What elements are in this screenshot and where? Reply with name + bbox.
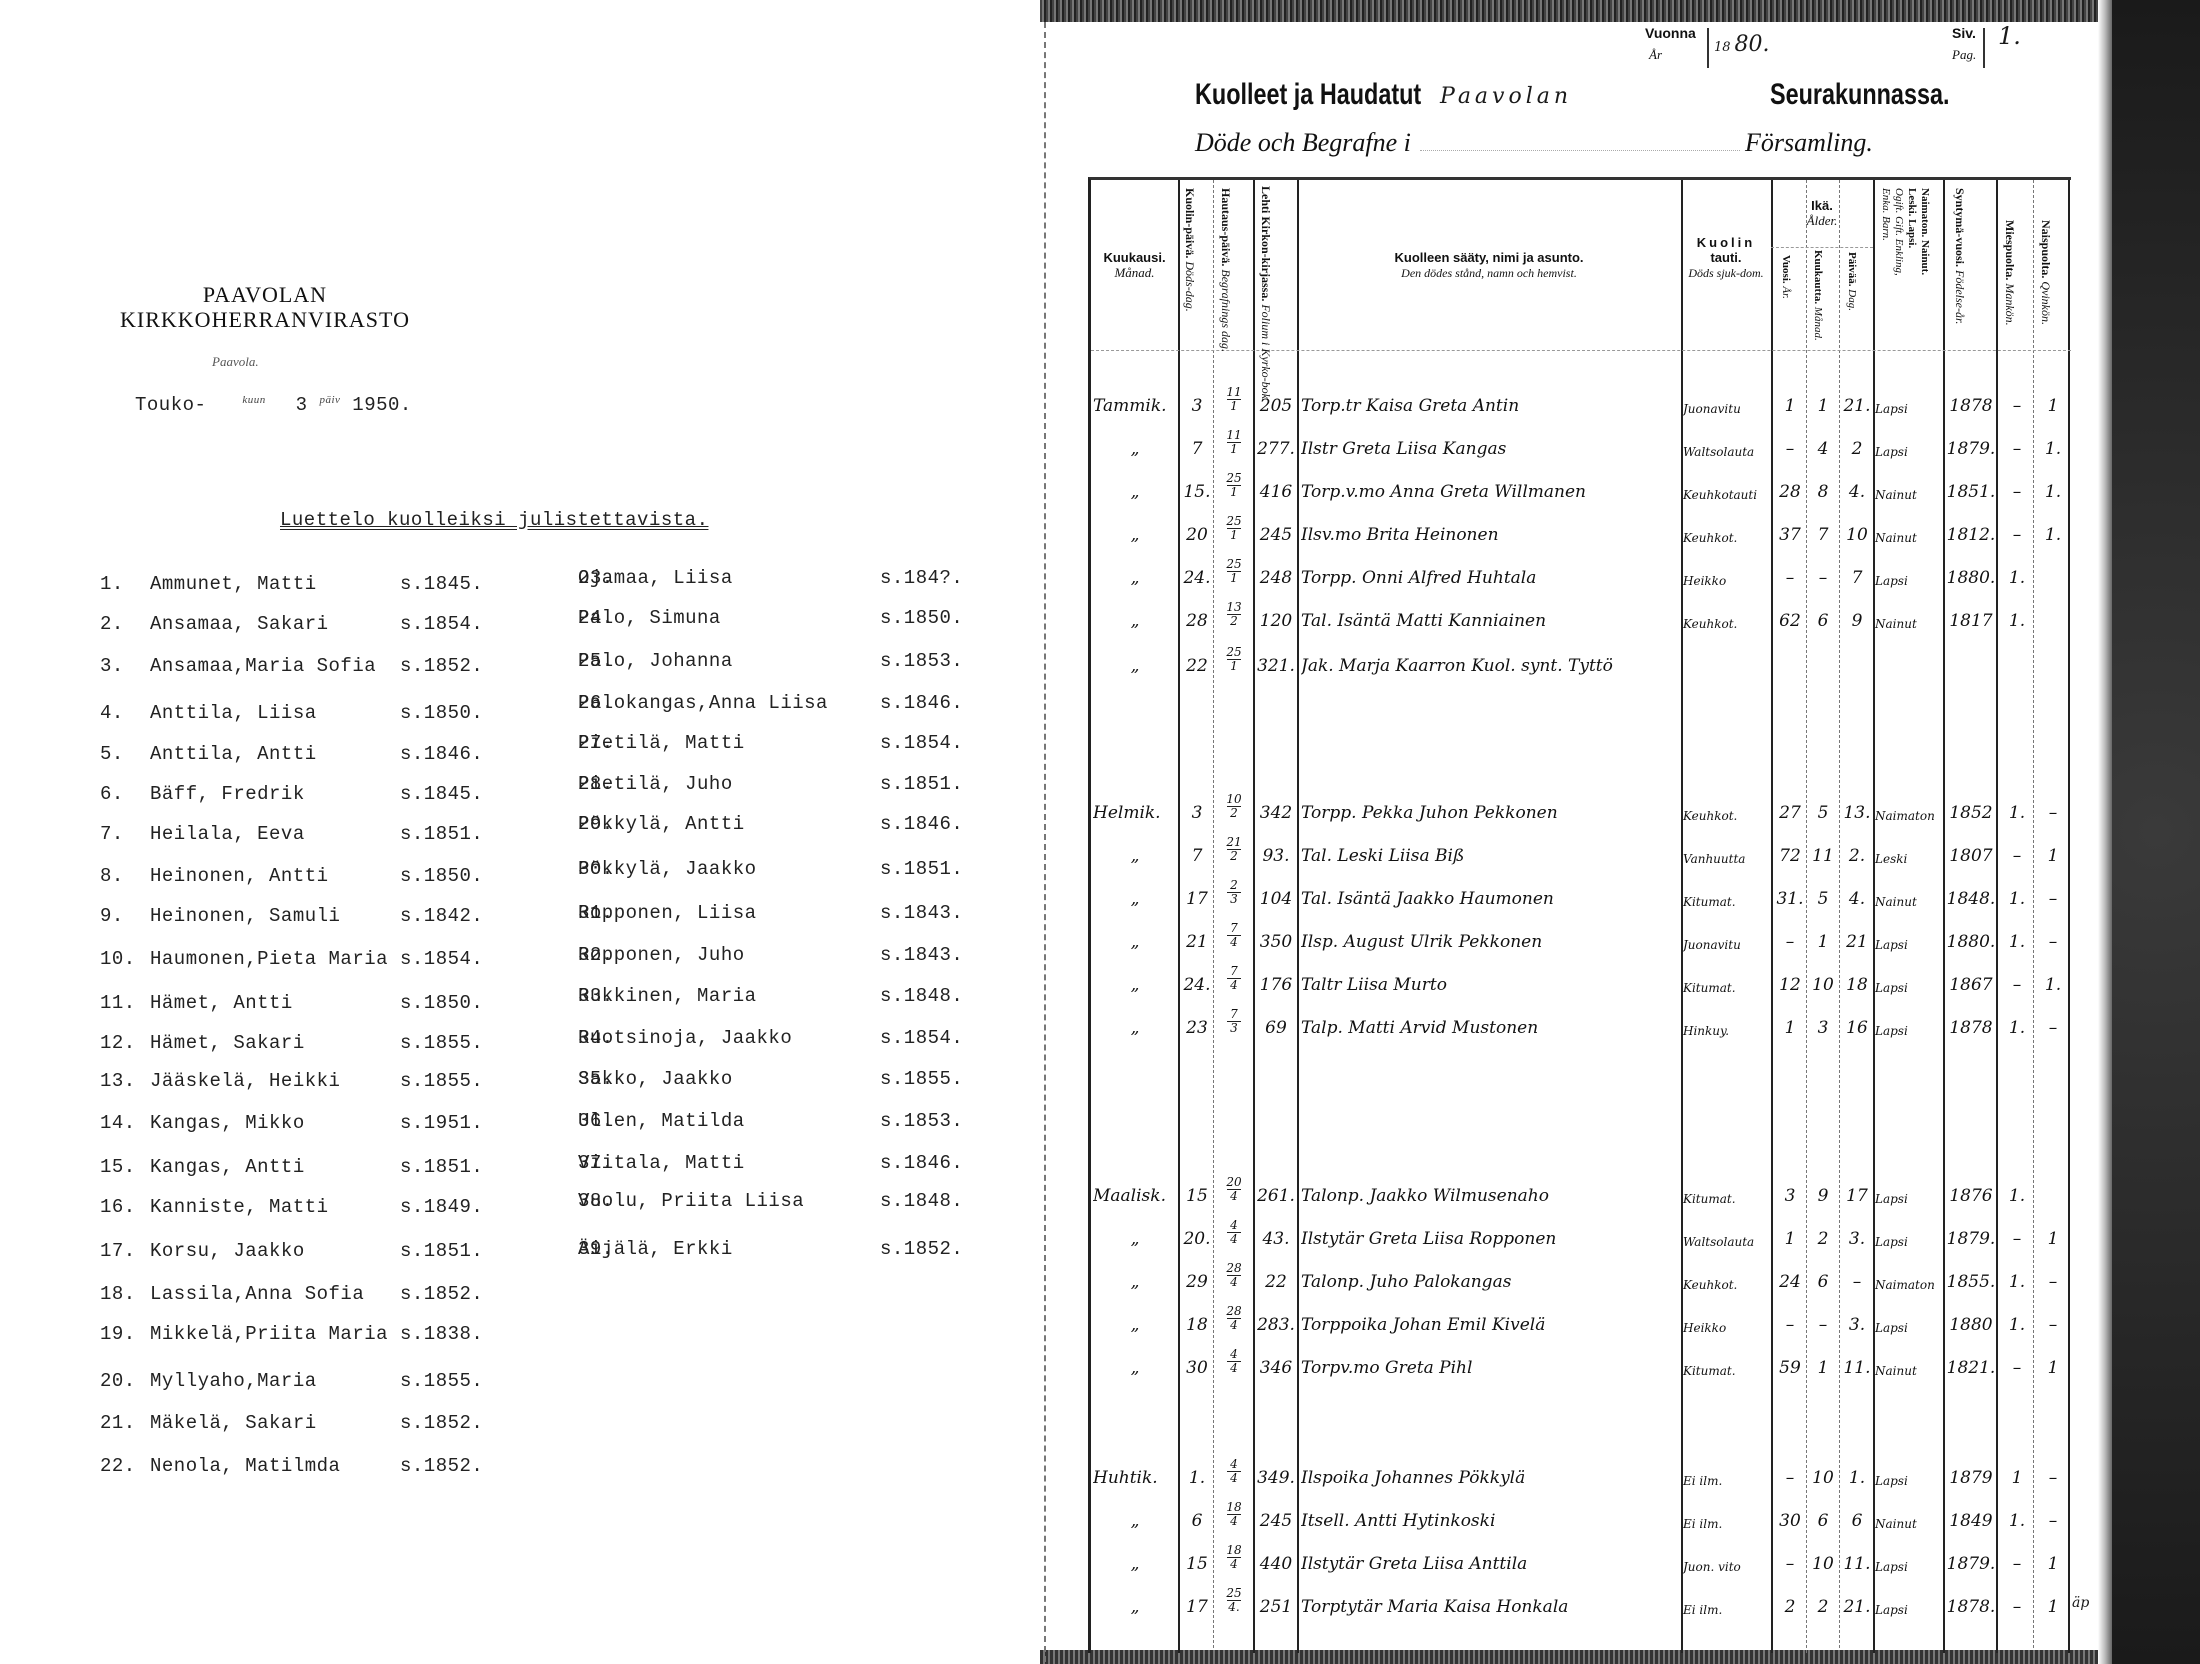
cell-status: Nainut xyxy=(1875,531,1943,545)
page-label: Siv. xyxy=(1952,22,1976,44)
cell-name: Torpp. Onni Alfred Huhtala xyxy=(1301,568,1679,588)
cell-status: Nainut xyxy=(1875,488,1943,502)
table-row: „28120Tal. Isäntä Matti KanniainenKeuhko… xyxy=(1091,605,2071,649)
burial-day: 25 xyxy=(1217,646,1251,659)
cell-month: „ xyxy=(1093,568,1177,588)
cell-status: Naimaton xyxy=(1875,1278,1943,1292)
entry-birth-year: s.1838. xyxy=(400,1323,483,1345)
cell-burial-date: 102 xyxy=(1217,793,1251,820)
cell-female: – xyxy=(2039,803,2067,823)
cell-female: – xyxy=(2039,1272,2067,1292)
entry-name: Sakko, Jaakko xyxy=(578,1068,733,1090)
cell-status: Leski xyxy=(1875,852,1943,866)
burial-month: 3 xyxy=(1217,1022,1251,1035)
cell-status: Lapsi xyxy=(1875,1603,1943,1617)
header-female: Naispuolta. Qvinkön. xyxy=(2039,220,2053,348)
cell-month: „ xyxy=(1093,439,1177,459)
cell-name: Ilsp. August Ulrik Pekkonen xyxy=(1301,932,1679,952)
list-entry: 37.Viitala, Mattis.1846. xyxy=(578,1152,745,1174)
entry-birth-year: s.1855. xyxy=(400,1032,483,1054)
title-left: Kuolleet ja Haudatut xyxy=(1195,78,1421,112)
entry-birth-year: s.1854. xyxy=(400,948,483,970)
burial-day: 18 xyxy=(1217,1544,1251,1557)
cell-male: – xyxy=(2003,1358,2031,1378)
cell-month: „ xyxy=(1093,1358,1177,1378)
cell-disease: Ei ilm. xyxy=(1683,1474,1769,1488)
cell-mo: – xyxy=(1808,568,1838,588)
entry-name: Myllyaho,Maria xyxy=(150,1370,317,1392)
cell-birth: 1879. xyxy=(1946,1554,1996,1574)
office-line-1: PAAVOLAN xyxy=(100,282,430,307)
burial-day: 11 xyxy=(1217,386,1251,399)
cell-disease: Ei ilm. xyxy=(1683,1517,1769,1531)
cell-folio: 321. xyxy=(1255,656,1297,676)
entry-number: 6. xyxy=(100,783,150,805)
cell-burial-date: 132 xyxy=(1217,601,1251,628)
cell-dy: 3. xyxy=(1841,1315,1873,1335)
entry-birth-year: s.184?. xyxy=(880,567,963,589)
cell-female: 1 xyxy=(2039,1229,2067,1249)
entry-birth-year: s.1853. xyxy=(880,1110,963,1132)
entry-name: Ojamaa, Liisa xyxy=(578,567,733,589)
list-entry: 28.Pietilä, Juhos.1851. xyxy=(578,773,733,795)
cell-name: Taltr Liisa Murto xyxy=(1301,975,1679,995)
cell-yr: 37 xyxy=(1775,525,1805,545)
entry-name: Ullen, Matilda xyxy=(578,1110,745,1132)
entry-birth-year: s.1845. xyxy=(400,783,483,805)
cell-mo: 3 xyxy=(1808,1018,1838,1038)
entry-birth-year: s.1853. xyxy=(880,650,963,672)
cell-status: Lapsi xyxy=(1875,574,1943,588)
cell-male: 1. xyxy=(2003,1511,2031,1531)
cell-burial-date: 111 xyxy=(1217,429,1251,456)
cell-male: 1 xyxy=(2003,1468,2031,1488)
list-entry: 4.Anttila, Liisas.1850. xyxy=(100,702,317,724)
cell-dy: 7 xyxy=(1841,568,1873,588)
cell-disease: Ei ilm. xyxy=(1683,1603,1769,1617)
list-entry: 36.Ullen, Matildas.1853. xyxy=(578,1110,745,1132)
cell-dy: 3. xyxy=(1841,1229,1873,1249)
entry-name: Ansamaa,Maria Sofia xyxy=(150,655,376,677)
cell-burial-date: 111 xyxy=(1217,386,1251,413)
burial-month: 1 xyxy=(1217,572,1251,585)
entry-name: Äijälä, Erkki xyxy=(578,1238,733,1260)
burial-month: 4 xyxy=(1217,1362,1251,1375)
entry-name: Ruotsinoja, Jaakko xyxy=(578,1027,792,1049)
entry-birth-year: s.1850. xyxy=(400,865,483,887)
list-entry: 27.Pietilä, Mattis.1854. xyxy=(578,732,745,754)
cell-status: Lapsi xyxy=(1875,938,1943,952)
cell-birth: 1878. xyxy=(1946,1597,1996,1617)
parish-name: Paavolan xyxy=(1440,84,1572,109)
date-day: 3 xyxy=(296,394,308,416)
cell-month: „ xyxy=(1093,1018,1177,1038)
entry-name: Palokangas,Anna Liisa xyxy=(578,692,828,714)
cell-burial-date: 212 xyxy=(1217,836,1251,863)
cell-status: Lapsi xyxy=(1875,981,1943,995)
entry-birth-year: s.1842. xyxy=(400,905,483,927)
cell-name: Talp. Matti Arvid Mustonen xyxy=(1301,1018,1679,1038)
cell-month: „ xyxy=(1093,1511,1177,1531)
header-birth-year: Syntymä-vuosi. Födelse-år. xyxy=(1953,188,1967,348)
year-block: Vuonna År xyxy=(1645,22,1696,66)
cell-death: 7 xyxy=(1183,439,1211,459)
entry-name: Nenola, Matilmda xyxy=(150,1455,340,1477)
cell-month: „ xyxy=(1093,611,1177,631)
burial-month: 4. xyxy=(1217,1601,1251,1614)
entry-name: Ropponen, Juho xyxy=(578,944,745,966)
cell-death: 15. xyxy=(1183,482,1211,502)
cell-status: Lapsi xyxy=(1875,1560,1943,1574)
cell-birth: 1878 xyxy=(1946,396,1996,416)
burial-day: 25 xyxy=(1217,1587,1251,1600)
cell-birth: 1879. xyxy=(1946,1229,1996,1249)
cell-death: 22 xyxy=(1183,656,1211,676)
list-entry: 9.Heinonen, Samulis.1842. xyxy=(100,905,340,927)
burial-day: 13 xyxy=(1217,601,1251,614)
cell-folio: 93. xyxy=(1255,846,1297,866)
cell-disease: Keuhkot. xyxy=(1683,809,1769,823)
cell-yr: 12 xyxy=(1775,975,1805,995)
cell-dy: 17 xyxy=(1841,1186,1873,1206)
cell-mo: 6 xyxy=(1808,1272,1838,1292)
list-entry: 2.Ansamaa, Sakaris.1854. xyxy=(100,613,329,635)
cell-status: Nainut xyxy=(1875,895,1943,909)
cell-disease: Heikko xyxy=(1683,574,1769,588)
cell-female: – xyxy=(2039,932,2067,952)
cell-month: „ xyxy=(1093,1597,1177,1617)
cell-birth: 1807 xyxy=(1946,846,1996,866)
cell-female: – xyxy=(2039,1018,2067,1038)
cell-dy: 21. xyxy=(1841,1597,1873,1617)
entry-number: 5. xyxy=(100,743,150,765)
cell-death: 17 xyxy=(1183,1597,1211,1617)
page-gutter xyxy=(1044,22,1048,1662)
cell-birth: 1851. xyxy=(1946,482,1996,502)
cell-burial-date: 251 xyxy=(1217,558,1251,585)
entry-name: Ansamaa, Sakari xyxy=(150,613,329,635)
cell-male: – xyxy=(2003,1554,2031,1574)
entry-number: 8. xyxy=(100,865,150,887)
cell-yr: 72 xyxy=(1775,846,1805,866)
entry-name: Palo, Simuna xyxy=(578,607,721,629)
entry-name: Anttila, Antti xyxy=(150,743,317,765)
cell-status: Lapsi xyxy=(1875,1024,1943,1038)
cell-mo: 6 xyxy=(1808,1511,1838,1531)
cell-name: Torpp. Pekka Juhon Pekkonen xyxy=(1301,803,1679,823)
burial-month: 4 xyxy=(1217,936,1251,949)
list-entry: 32.Ropponen, Juhos.1843. xyxy=(578,944,745,966)
cell-mo: 8 xyxy=(1808,482,1838,502)
entry-number: 14. xyxy=(100,1112,150,1134)
subtitle-dotted-line xyxy=(1420,150,1740,151)
list-entry: 26.Palokangas,Anna Liisas.1846. xyxy=(578,692,828,714)
stamp-place: Paavola. xyxy=(212,354,259,370)
cell-dy: – xyxy=(1841,1272,1873,1292)
cell-yr: – xyxy=(1775,568,1805,588)
cell-disease: Keuhkotauti xyxy=(1683,488,1769,502)
entry-birth-year: s.1850. xyxy=(400,992,483,1014)
cell-disease: Keuhkot. xyxy=(1683,617,1769,631)
burial-day: 4 xyxy=(1217,1348,1251,1361)
burial-day: 2 xyxy=(1217,879,1251,892)
cell-status: Lapsi xyxy=(1875,1235,1943,1249)
cell-yr: 62 xyxy=(1775,611,1805,631)
cell-name: Ilstytär Greta Liisa Ropponen xyxy=(1301,1229,1679,1249)
header-male: Miespuolta. Mankön. xyxy=(2003,220,2017,348)
burial-month: 4 xyxy=(1217,1472,1251,1485)
entry-birth-year: s.1851. xyxy=(400,1156,483,1178)
burial-month: 3 xyxy=(1217,893,1251,906)
cell-burial-date: 184 xyxy=(1217,1544,1251,1571)
entry-birth-year: s.1855. xyxy=(400,1070,483,1092)
cell-yr: – xyxy=(1775,1468,1805,1488)
cell-mo: – xyxy=(1808,1315,1838,1335)
list-entry: 12.Hämet, Sakaris.1855. xyxy=(100,1032,305,1054)
entry-birth-year: s.1851. xyxy=(400,823,483,845)
table-row: „17251Torptytär Maria Kaisa HonkalaEi il… xyxy=(1091,1591,2071,1635)
entry-name: Jääskelä, Heikki xyxy=(150,1070,340,1092)
cell-mo: 1 xyxy=(1808,1358,1838,1378)
burial-month: 4 xyxy=(1217,1190,1251,1203)
page-value: 1. xyxy=(1998,22,2021,50)
entry-birth-year: s.1848. xyxy=(880,1190,963,1212)
cell-name: Ilstytär Greta Liisa Anttila xyxy=(1301,1554,1679,1574)
cell-month: Huhtik. xyxy=(1093,1468,1177,1488)
cell-female: 1 xyxy=(2039,1358,2067,1378)
cell-disease: Juonavitu xyxy=(1683,402,1769,416)
list-entry: 24.Palo, Simunas.1850. xyxy=(578,607,721,629)
burial-month: 2 xyxy=(1217,615,1251,628)
date-line: Touko- kuun 3 päiv 1950. xyxy=(135,394,412,416)
cell-mo: 5 xyxy=(1808,803,1838,823)
cell-death: 30 xyxy=(1183,1358,1211,1378)
burial-day: 25 xyxy=(1217,558,1251,571)
entry-birth-year: s.1852. xyxy=(400,1283,483,1305)
burial-month: 1 xyxy=(1217,660,1251,673)
list-entry: 33.Rukkinen, Marias.1848. xyxy=(578,985,757,1007)
entry-birth-year: s.1855. xyxy=(880,1068,963,1090)
cell-death: 3 xyxy=(1183,396,1211,416)
cell-status: Lapsi xyxy=(1875,1321,1943,1335)
cell-disease: Waltsolauta xyxy=(1683,1235,1769,1249)
list-entry: 20.Myllyaho,Marias.1855. xyxy=(100,1370,317,1392)
list-entry: 16.Kanniste, Mattis.1849. xyxy=(100,1196,329,1218)
cell-yr: 27 xyxy=(1775,803,1805,823)
cell-folio: 346 xyxy=(1255,1358,1297,1378)
entry-birth-year: s.1851. xyxy=(880,858,963,880)
entry-birth-year: s.1843. xyxy=(880,902,963,924)
cell-folio: 251 xyxy=(1255,1597,1297,1617)
header-burial-day: Hautaus-päivä. Begrafnings dag. xyxy=(1219,188,1233,348)
entry-name: Anttila, Liisa xyxy=(150,702,317,724)
cell-name: Ilsv.mo Brita Heinonen xyxy=(1301,525,1679,545)
cell-folio: 245 xyxy=(1255,525,1297,545)
header-age: Ikä. Ålder. xyxy=(1771,198,1873,228)
entry-number: 16. xyxy=(100,1196,150,1218)
entry-number: 12. xyxy=(100,1032,150,1054)
entry-birth-year: s.1846. xyxy=(880,813,963,835)
entry-name: Heinonen, Samuli xyxy=(150,905,340,927)
cell-status: Lapsi xyxy=(1875,445,1943,459)
header-status: Naimaton. Nainut. Leski. Lapsi. Ogift. G… xyxy=(1879,188,1931,348)
entry-number: 7. xyxy=(100,823,150,845)
cell-male: 1. xyxy=(2003,1272,2031,1292)
cell-male: 1. xyxy=(2003,932,2031,952)
list-entry: 31.Ropponen, Liisas.1843. xyxy=(578,902,757,924)
entry-birth-year: s.1848. xyxy=(880,985,963,1007)
cell-folio: 69 xyxy=(1255,1018,1297,1038)
entry-birth-year: s.1852. xyxy=(400,1455,483,1477)
cell-month: Tammik. xyxy=(1093,396,1177,416)
header-month: Kuukausi. Månad. xyxy=(1091,250,1178,280)
cell-yr: 28 xyxy=(1775,482,1805,502)
cell-male: – xyxy=(2003,439,2031,459)
cell-folio: 283. xyxy=(1255,1315,1297,1335)
cell-disease: Juonavitu xyxy=(1683,938,1769,952)
table-row: „21350Ilsp. August Ulrik PekkonenJuonavi… xyxy=(1091,926,2071,970)
list-entry: 8.Heinonen, Anttis.1850. xyxy=(100,865,329,887)
cell-male: 1. xyxy=(2003,889,2031,909)
burial-day: 4 xyxy=(1217,1219,1251,1232)
header-disease: Kuolin tauti. Döds sjuk-dom. xyxy=(1681,235,1771,281)
entry-birth-year: s.1854. xyxy=(880,732,963,754)
cell-dy: 2 xyxy=(1841,439,1873,459)
cell-female: 1. xyxy=(2039,975,2067,995)
cell-death: 7 xyxy=(1183,846,1211,866)
list-entry: 3.Ansamaa,Maria Sofias.1852. xyxy=(100,655,376,677)
date-month: Touko- xyxy=(135,394,206,416)
cell-status: Nainut xyxy=(1875,1364,1943,1378)
cell-status: Nainut xyxy=(1875,617,1943,631)
cell-dy: 18 xyxy=(1841,975,1873,995)
cell-death: 24. xyxy=(1183,568,1211,588)
entry-name: Rukkinen, Maria xyxy=(578,985,757,1007)
cell-mo: 2 xyxy=(1808,1229,1838,1249)
cell-yr: 59 xyxy=(1775,1358,1805,1378)
cell-dy: 21. xyxy=(1841,396,1873,416)
cell-burial-date: 74 xyxy=(1217,965,1251,992)
cell-name: Torpv.mo Greta Pihl xyxy=(1301,1358,1679,1378)
cell-yr: 1 xyxy=(1775,1018,1805,1038)
header-age-days: Päivää. Dag. xyxy=(1845,252,1859,345)
cell-birth: 1849 xyxy=(1946,1511,1996,1531)
cell-female: – xyxy=(2039,1468,2067,1488)
burial-month: 2 xyxy=(1217,807,1251,820)
cell-male: – xyxy=(2003,396,2031,416)
entry-birth-year: s.1843. xyxy=(880,944,963,966)
cell-death: 21 xyxy=(1183,932,1211,952)
page-block: Siv. Pag. xyxy=(1952,22,1976,66)
cell-birth: 1880 xyxy=(1946,1315,1996,1335)
entry-number: 1. xyxy=(100,573,150,595)
header-rule xyxy=(1091,350,2071,351)
cell-dy: 1. xyxy=(1841,1468,1873,1488)
cell-birth: 1852 xyxy=(1946,803,1996,823)
cell-dy: 11. xyxy=(1841,1554,1873,1574)
entry-number: 2. xyxy=(100,613,150,635)
cell-death: 23 xyxy=(1183,1018,1211,1038)
cell-dy: 4. xyxy=(1841,889,1873,909)
cell-dy: 9 xyxy=(1841,611,1873,631)
cell-birth: 1876 xyxy=(1946,1186,1996,1206)
cell-month: „ xyxy=(1093,1229,1177,1249)
burial-month: 1 xyxy=(1217,400,1251,413)
list-entry: 39.Äijälä, Erkkis.1852. xyxy=(578,1238,733,1260)
cell-name: Talonp. Jaakko Wilmusenaho xyxy=(1301,1186,1679,1206)
cell-name: Ilspoika Johannes Pökkylä xyxy=(1301,1468,1679,1488)
cell-death: 1. xyxy=(1183,1468,1211,1488)
entry-number: 11. xyxy=(100,992,150,1014)
entry-birth-year: s.1846. xyxy=(400,743,483,765)
entry-name: Pökkylä, Jaakko xyxy=(578,858,757,880)
cell-disease: Keuhkot. xyxy=(1683,1278,1769,1292)
cell-disease: Kitumat. xyxy=(1683,895,1769,909)
entry-name: Heilala, Eeva xyxy=(150,823,305,845)
cell-female: 1 xyxy=(2039,1597,2067,1617)
cell-folio: 342 xyxy=(1255,803,1297,823)
entry-name: Lassila,Anna Sofia xyxy=(150,1283,364,1305)
entry-name: Pökkylä, Antti xyxy=(578,813,745,835)
entry-name: Korsu, Jaakko xyxy=(150,1240,305,1262)
burial-month: 4 xyxy=(1217,979,1251,992)
cell-female: 1 xyxy=(2039,846,2067,866)
cell-mo: 4 xyxy=(1808,439,1838,459)
cell-male: 1. xyxy=(2003,1018,2031,1038)
cell-name: Jak. Marja Kaarron Kuol. synt. Tyttö xyxy=(1301,656,1679,676)
cell-dy: 10 xyxy=(1841,525,1873,545)
entry-name: Hämet, Sakari xyxy=(150,1032,305,1054)
burial-day: 18 xyxy=(1217,1501,1251,1514)
table-row: „24.176Taltr Liisa MurtoKitumat.121018La… xyxy=(1091,969,2071,1013)
cell-month: „ xyxy=(1093,975,1177,995)
cell-female: – xyxy=(2039,1511,2067,1531)
cell-male: 1. xyxy=(2003,568,2031,588)
cell-month: „ xyxy=(1093,482,1177,502)
subtitle-left: Döde och Begrafne i xyxy=(1195,128,1411,158)
list-entry: 1.Ammunet, Mattis.1845. xyxy=(100,573,317,595)
cell-male: – xyxy=(2003,1229,2031,1249)
table-row: „793.Tal. Leski Liisa BißVanhuutta72112.… xyxy=(1091,840,2071,884)
cell-yr: – xyxy=(1775,439,1805,459)
scan-edge-top xyxy=(1040,0,2200,22)
cell-burial-date: 251 xyxy=(1217,515,1251,542)
scan-edge-right xyxy=(2112,0,2200,1664)
burial-month: 4 xyxy=(1217,1558,1251,1571)
subtitle-right: Församling. xyxy=(1745,128,1873,158)
title-right: Seurakunnassa. xyxy=(1770,78,1949,112)
burial-month: 4 xyxy=(1217,1515,1251,1528)
burial-day: 11 xyxy=(1217,429,1251,442)
date-year: 1950. xyxy=(352,394,412,416)
cell-status: Naimaton xyxy=(1875,809,1943,823)
table-row: „18283.Torppoika Johan Emil KiveläHeikko… xyxy=(1091,1309,2071,1353)
entry-number: 13. xyxy=(100,1070,150,1092)
cell-month: „ xyxy=(1093,1315,1177,1335)
cell-dy: 13. xyxy=(1841,803,1873,823)
cell-month: Maalisk. xyxy=(1093,1186,1177,1206)
cell-yr: 24 xyxy=(1775,1272,1805,1292)
cell-death: 20 xyxy=(1183,525,1211,545)
cell-death: 3 xyxy=(1183,803,1211,823)
cell-folio: 120 xyxy=(1255,611,1297,631)
cell-dy: 16 xyxy=(1841,1018,1873,1038)
header-name: Kuolleen sääty, nimi ja asunto. Den döde… xyxy=(1297,250,1681,281)
list-entry: 29.Pökkylä, Anttis.1846. xyxy=(578,813,745,835)
cell-male: – xyxy=(2003,1597,2031,1617)
date-kuun: kuun xyxy=(242,394,265,406)
entry-number: 3. xyxy=(100,655,150,677)
